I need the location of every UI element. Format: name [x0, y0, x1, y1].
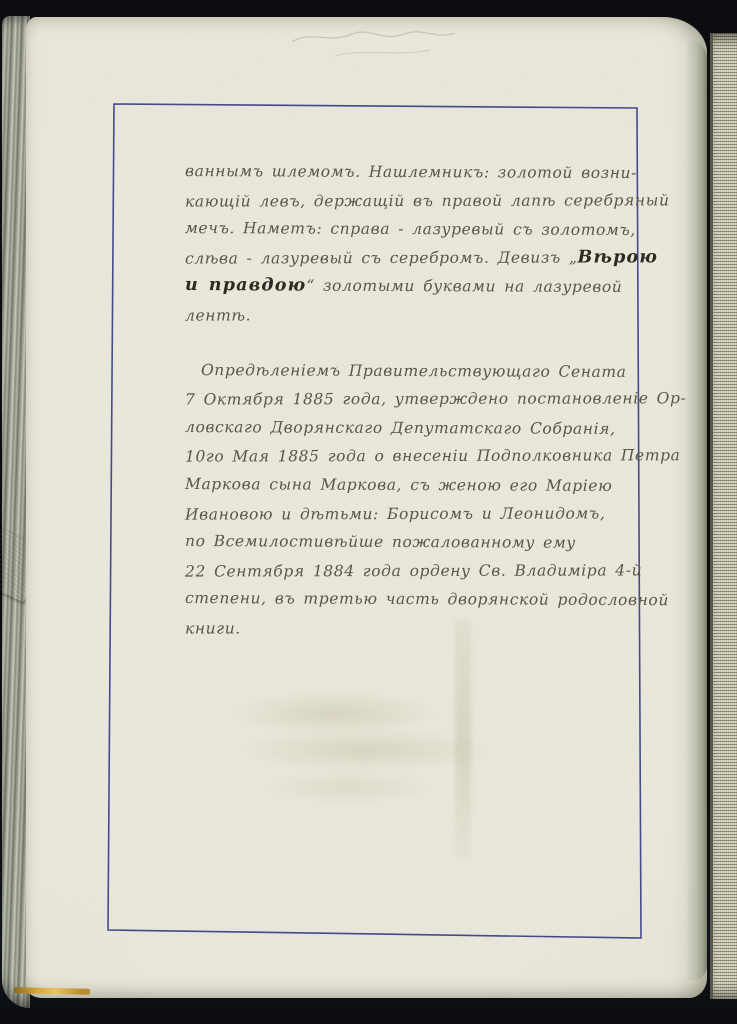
- text-segment: “ золотыми буквами на лазуревой: [306, 277, 622, 296]
- text-line: Маркова сына Маркова, съ женою его Маріе…: [185, 470, 621, 500]
- handwritten-text: ваннымъ шлемомъ. Нашлемникъ: золотой воз…: [185, 158, 621, 643]
- text-line: ваннымъ шлемомъ. Нашлемникъ: золотой воз…: [185, 157, 621, 187]
- text-line: слѣва - лазуревый съ серебромъ. Девизъ „…: [185, 243, 621, 273]
- paragraph-senate-decree: Опредѣленіемъ Правительствующаго Сената …: [185, 357, 621, 643]
- text-segment: слѣва - лазуревый съ серебромъ. Девизъ „: [185, 248, 578, 267]
- motto-text: Вѣрою: [578, 247, 659, 267]
- text-line: 22 Сентября 1884 года ордену Св. Владимі…: [185, 556, 621, 586]
- text-line: книги.: [185, 613, 621, 643]
- text-line: Ивановою и дѣтьми: Борисомъ и Леонидомъ,: [185, 499, 621, 529]
- text-line: мечъ. Наметъ: справа - лазуревый съ золо…: [185, 214, 621, 244]
- text-line: лентѣ.: [185, 300, 621, 330]
- text-line: кающій левъ, держащій въ правой лапѣ сер…: [185, 186, 621, 216]
- text-line: степени, въ третью часть дворянской родо…: [185, 584, 621, 614]
- text-line: ловскаго Дворянскаго Депутатскаго Собран…: [185, 413, 621, 443]
- ink-bleedthrough: [235, 688, 485, 803]
- text-line: и правдою“ золотыми буквами на лазуревой: [185, 271, 621, 301]
- right-page-edges: [710, 33, 737, 999]
- paragraph-blazon: ваннымъ шлемомъ. Нашлемникъ: золотой воз…: [185, 158, 621, 330]
- page-gutter-crease: [686, 40, 707, 980]
- motto-text: и правдою: [185, 275, 306, 296]
- text-line: 7 Октября 1885 года, утверждено постанов…: [185, 385, 621, 415]
- book-photo: ваннымъ шлемомъ. Нашлемникъ: золотой воз…: [0, 0, 737, 1024]
- text-line: 10го Мая 1885 года о внесеніи Подполковн…: [185, 442, 621, 472]
- paper-stain: [455, 620, 471, 860]
- text-line: Опредѣленіемъ Правительствующаго Сената: [185, 356, 621, 386]
- text-line: по Всемилостивѣйше пожалованному ему: [185, 527, 621, 557]
